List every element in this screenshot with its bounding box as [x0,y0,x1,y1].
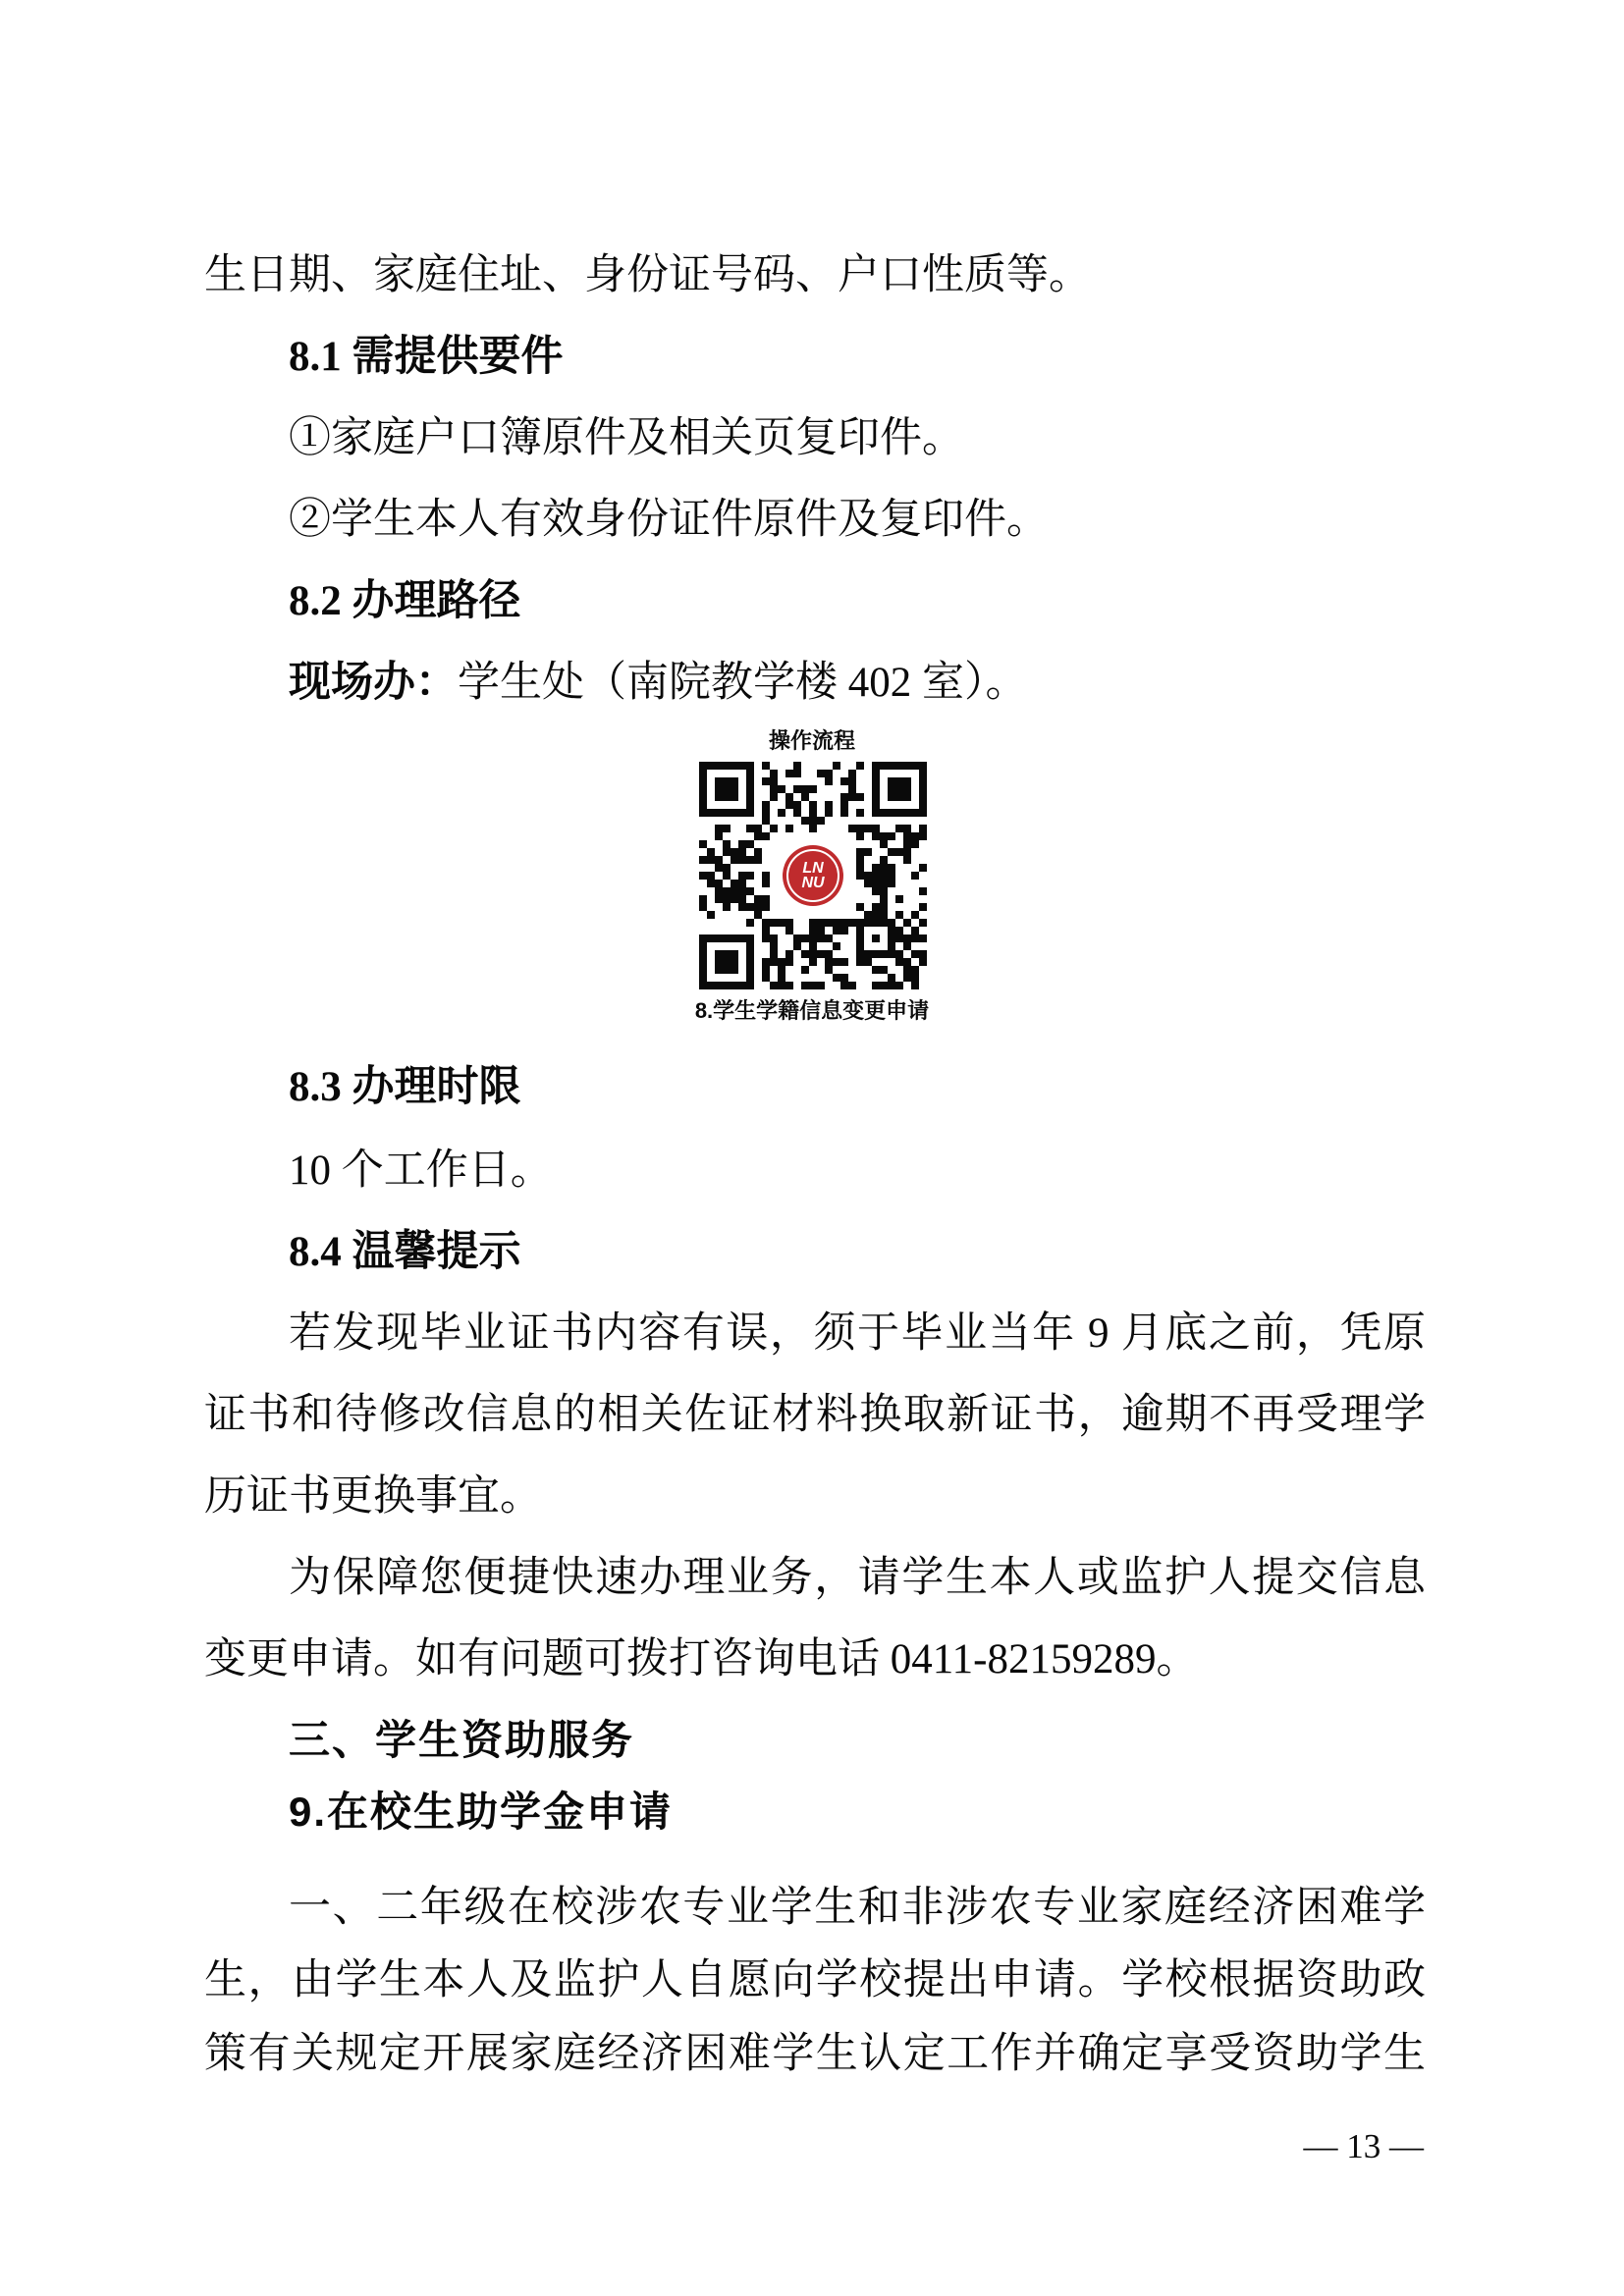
notice-paragraph-line-1: 为保障您便捷快速办理业务，请学生本人或监护人提交信息 [204,1554,1426,1603]
tip-paragraph-line-3: 历证书更换事宜。 [204,1472,1426,1522]
tip-paragraph-line-2: 证书和待修改信息的相关佐证材料换取新证书，逾期不再受理学 [204,1391,1426,1440]
seal-monogram-line2: NU [801,876,824,890]
notice-paragraph-line-2: 变更申请。如有问题可拨打咨询电话 0411-82159289。 [204,1635,1426,1684]
seal-monogram-line1: LN [802,861,823,876]
onsite-label: 现场办： [289,660,458,706]
qr-caption: 8.学生学籍信息变更申请 [0,998,1624,1024]
seal-monogram: LN NU [783,845,843,906]
grant-paragraph-line-2: 生，由学生本人及监护人自愿向学校提出申请。学校根据资助政 [204,1956,1426,2005]
processing-time-line: 10 个工作日。 [204,1147,1426,1196]
section-8-3-heading: 8.3 办理时限 [204,1063,1426,1112]
requirement-item-1: ①家庭户口簿原件及相关页复印件。 [204,414,1426,463]
section-3-heading: 三、学生资助服务 [204,1716,1426,1765]
onsite-line: 现场办：学生处（南院教学楼 402 室）。 [204,659,1426,708]
qr-flow-title: 操作流程 [0,728,1624,754]
document-page: 生日期、家庭住址、身份证号码、户口性质等。 8.1 需提供要件 ①家庭户口簿原件… [0,0,1624,2296]
section-8-2-heading: 8.2 办理路径 [204,577,1426,626]
section-8-1-heading: 8.1 需提供要件 [204,333,1426,382]
university-seal-logo: LN NU [783,845,843,906]
qr-code: LN NU [699,762,927,989]
section-8-4-heading: 8.4 温馨提示 [204,1228,1426,1277]
tip-paragraph-line-1: 若发现毕业证书内容有误，须于毕业当年 9 月底之前，凭原 [204,1309,1426,1359]
grant-paragraph-line-1: 一、二年级在校涉农专业学生和非涉农专业家庭经济困难学 [204,1884,1426,1933]
requirement-item-2: ②学生本人有效身份证件原件及复印件。 [204,496,1426,545]
intro-line: 生日期、家庭住址、身份证号码、户口性质等。 [204,251,1426,300]
section-9-heading: 9.在校生助学金申请 [204,1788,1426,1837]
page-number: — 13 — [1304,2126,1425,2167]
onsite-text: 学生处（南院教学楼 402 室）。 [458,660,1028,706]
grant-paragraph-line-3: 策有关规定开展家庭经济困难学生认定工作并确定享受资助学生 [204,2030,1426,2079]
